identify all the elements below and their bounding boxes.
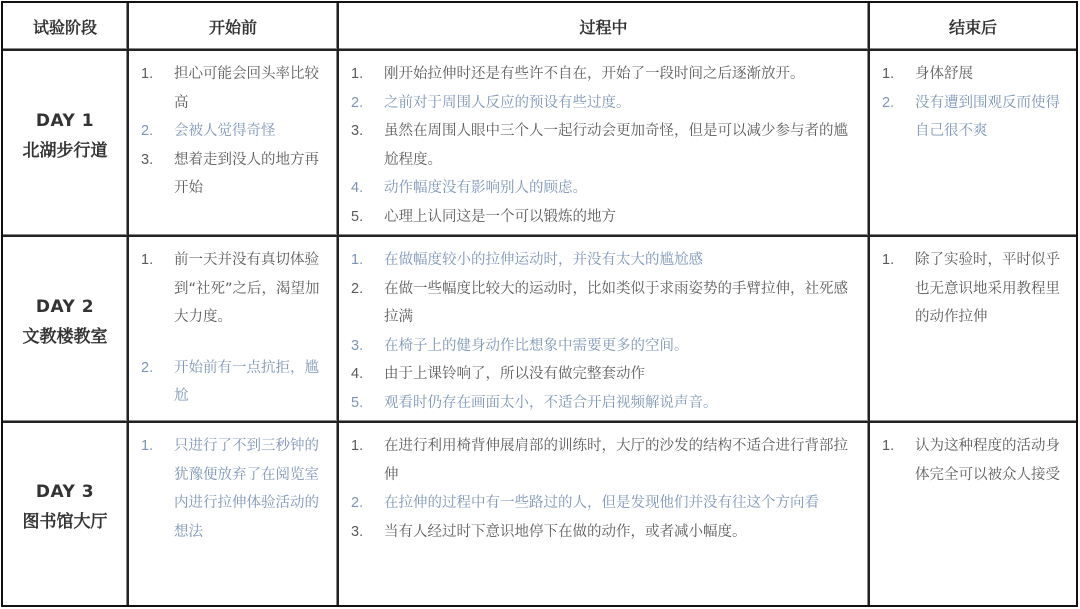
day-label: DAY 1	[36, 106, 94, 136]
during-list: 1.刚开始拉伸时还是有些许不自在，开始了一段时间之后逐渐放开。 2.之前对于周围…	[339, 51, 868, 231]
before-list: 1.前一天并没有真切体验到“社死”之后，渴望加大力度。 2.开始前有一点抗拒，尴…	[129, 237, 337, 411]
header-after-label: 结束后	[949, 15, 997, 38]
list-item: 5.心理上认同这是一个可以锻炼的地方	[351, 203, 858, 232]
row-2-stage: DAY 2 文教楼教室	[3, 237, 129, 423]
list-item: 2.没有遭到围观反而使得自己很不爽	[882, 89, 1066, 146]
header-stage: 试验阶段	[3, 3, 129, 51]
list-item: 4.由于上课铃响了，所以没有做完整套动作	[351, 360, 858, 389]
row-1-stage: DAY 1 北湖步行道	[3, 51, 129, 237]
day-label: DAY 3	[36, 477, 94, 507]
row-3-during: 1.在进行利用椅背伸展肩部的训练时，大厅的沙发的结构不适合进行背部拉伸 2.在拉…	[339, 423, 870, 605]
before-list: 1.只进行了不到三秒钟的犹豫便放弃了在阅览室内进行拉伸体验活动的想法	[129, 423, 337, 546]
header-before-label: 开始前	[209, 15, 257, 38]
row-2-before: 1.前一天并没有真切体验到“社死”之后，渴望加大力度。 2.开始前有一点抗拒，尴…	[129, 237, 339, 423]
place-label: 图书馆大厅	[23, 507, 108, 537]
list-item: 1.认为这种程度的活动身体完全可以被众人接受	[882, 432, 1066, 489]
list-item: 1.身体舒展	[882, 60, 1066, 89]
place-label: 文教楼教室	[23, 322, 108, 352]
list-item: 2.会被人觉得奇怪	[141, 117, 327, 146]
list-item: 1.担心可能会回头率比较高	[141, 60, 327, 117]
row-2-during: 1.在做幅度较小的拉伸运动时，并没有太大的尴尬感 2.在做一些幅度比较大的运动时…	[339, 237, 870, 423]
list-item: 1.在进行利用椅背伸展肩部的训练时，大厅的沙发的结构不适合进行背部拉伸	[351, 432, 858, 489]
after-list: 1.认为这种程度的活动身体完全可以被众人接受	[870, 423, 1076, 489]
header-after: 结束后	[870, 3, 1076, 51]
row-1-before: 1.担心可能会回头率比较高 2.会被人觉得奇怪 3.想着走到没人的地方再开始	[129, 51, 339, 237]
during-list: 1.在进行利用椅背伸展肩部的训练时，大厅的沙发的结构不适合进行背部拉伸 2.在拉…	[339, 423, 868, 546]
header-before: 开始前	[129, 3, 339, 51]
header-stage-label: 试验阶段	[33, 15, 97, 38]
list-item: 3.当有人经过时下意识地停下在做的动作，或者减小幅度。	[351, 518, 858, 547]
row-2-after: 1.除了实验时，平时似乎也无意识地采用教程里的动作拉伸	[870, 237, 1076, 423]
list-item: 2.在拉伸的过程中有一些路过的人，但是发现他们并没有往这个方向看	[351, 489, 858, 518]
list-item: 1.只进行了不到三秒钟的犹豫便放弃了在阅览室内进行拉伸体验活动的想法	[141, 432, 327, 546]
list-item: 3.在椅子上的健身动作比想象中需要更多的空间。	[351, 332, 858, 361]
day-label: DAY 2	[36, 292, 94, 322]
after-list: 1.身体舒展 2.没有遭到围观反而使得自己很不爽	[870, 51, 1076, 146]
row-3-after: 1.认为这种程度的活动身体完全可以被众人接受	[870, 423, 1076, 605]
row-3-before: 1.只进行了不到三秒钟的犹豫便放弃了在阅览室内进行拉伸体验活动的想法	[129, 423, 339, 605]
during-list: 1.在做幅度较小的拉伸运动时，并没有太大的尴尬感 2.在做一些幅度比较大的运动时…	[339, 237, 868, 417]
list-item: 1.前一天并没有真切体验到“社死”之后，渴望加大力度。	[141, 246, 327, 332]
list-item: 2.之前对于周围人反应的预设有些过度。	[351, 89, 858, 118]
before-list: 1.担心可能会回头率比较高 2.会被人觉得奇怪 3.想着走到没人的地方再开始	[129, 51, 337, 203]
row-3-stage: DAY 3 图书馆大厅	[3, 423, 129, 605]
list-item: 5.观看时仍存在画面太小，不适合开启视频解说声音。	[351, 389, 858, 418]
list-item: 1.除了实验时，平时似乎也无意识地采用教程里的动作拉伸	[882, 246, 1066, 332]
list-item: 1.在做幅度较小的拉伸运动时，并没有太大的尴尬感	[351, 246, 858, 275]
experiment-table: 试验阶段 开始前 过程中 结束后 DAY 1 北湖步行道 1.担心可能会回头率比…	[1, 1, 1078, 607]
list-item: 1.刚开始拉伸时还是有些许不自在，开始了一段时间之后逐渐放开。	[351, 60, 858, 89]
list-item: 2.开始前有一点抗拒，尴尬	[141, 354, 327, 411]
after-list: 1.除了实验时，平时似乎也无意识地采用教程里的动作拉伸	[870, 237, 1076, 332]
header-during-label: 过程中	[579, 15, 627, 38]
list-item: 4.动作幅度没有影响别人的顾虑。	[351, 174, 858, 203]
list-item: 3.想着走到没人的地方再开始	[141, 146, 327, 203]
header-during: 过程中	[339, 3, 870, 51]
list-item: 2.在做一些幅度比较大的运动时，比如类似于求雨姿势的手臂拉伸，社死感拉满	[351, 275, 858, 332]
place-label: 北湖步行道	[23, 136, 108, 166]
row-1-after: 1.身体舒展 2.没有遭到围观反而使得自己很不爽	[870, 51, 1076, 237]
list-item: 3.虽然在周围人眼中三个人一起行动会更加奇怪，但是可以减少参与者的尴尬程度。	[351, 117, 858, 174]
row-1-during: 1.刚开始拉伸时还是有些许不自在，开始了一段时间之后逐渐放开。 2.之前对于周围…	[339, 51, 870, 237]
